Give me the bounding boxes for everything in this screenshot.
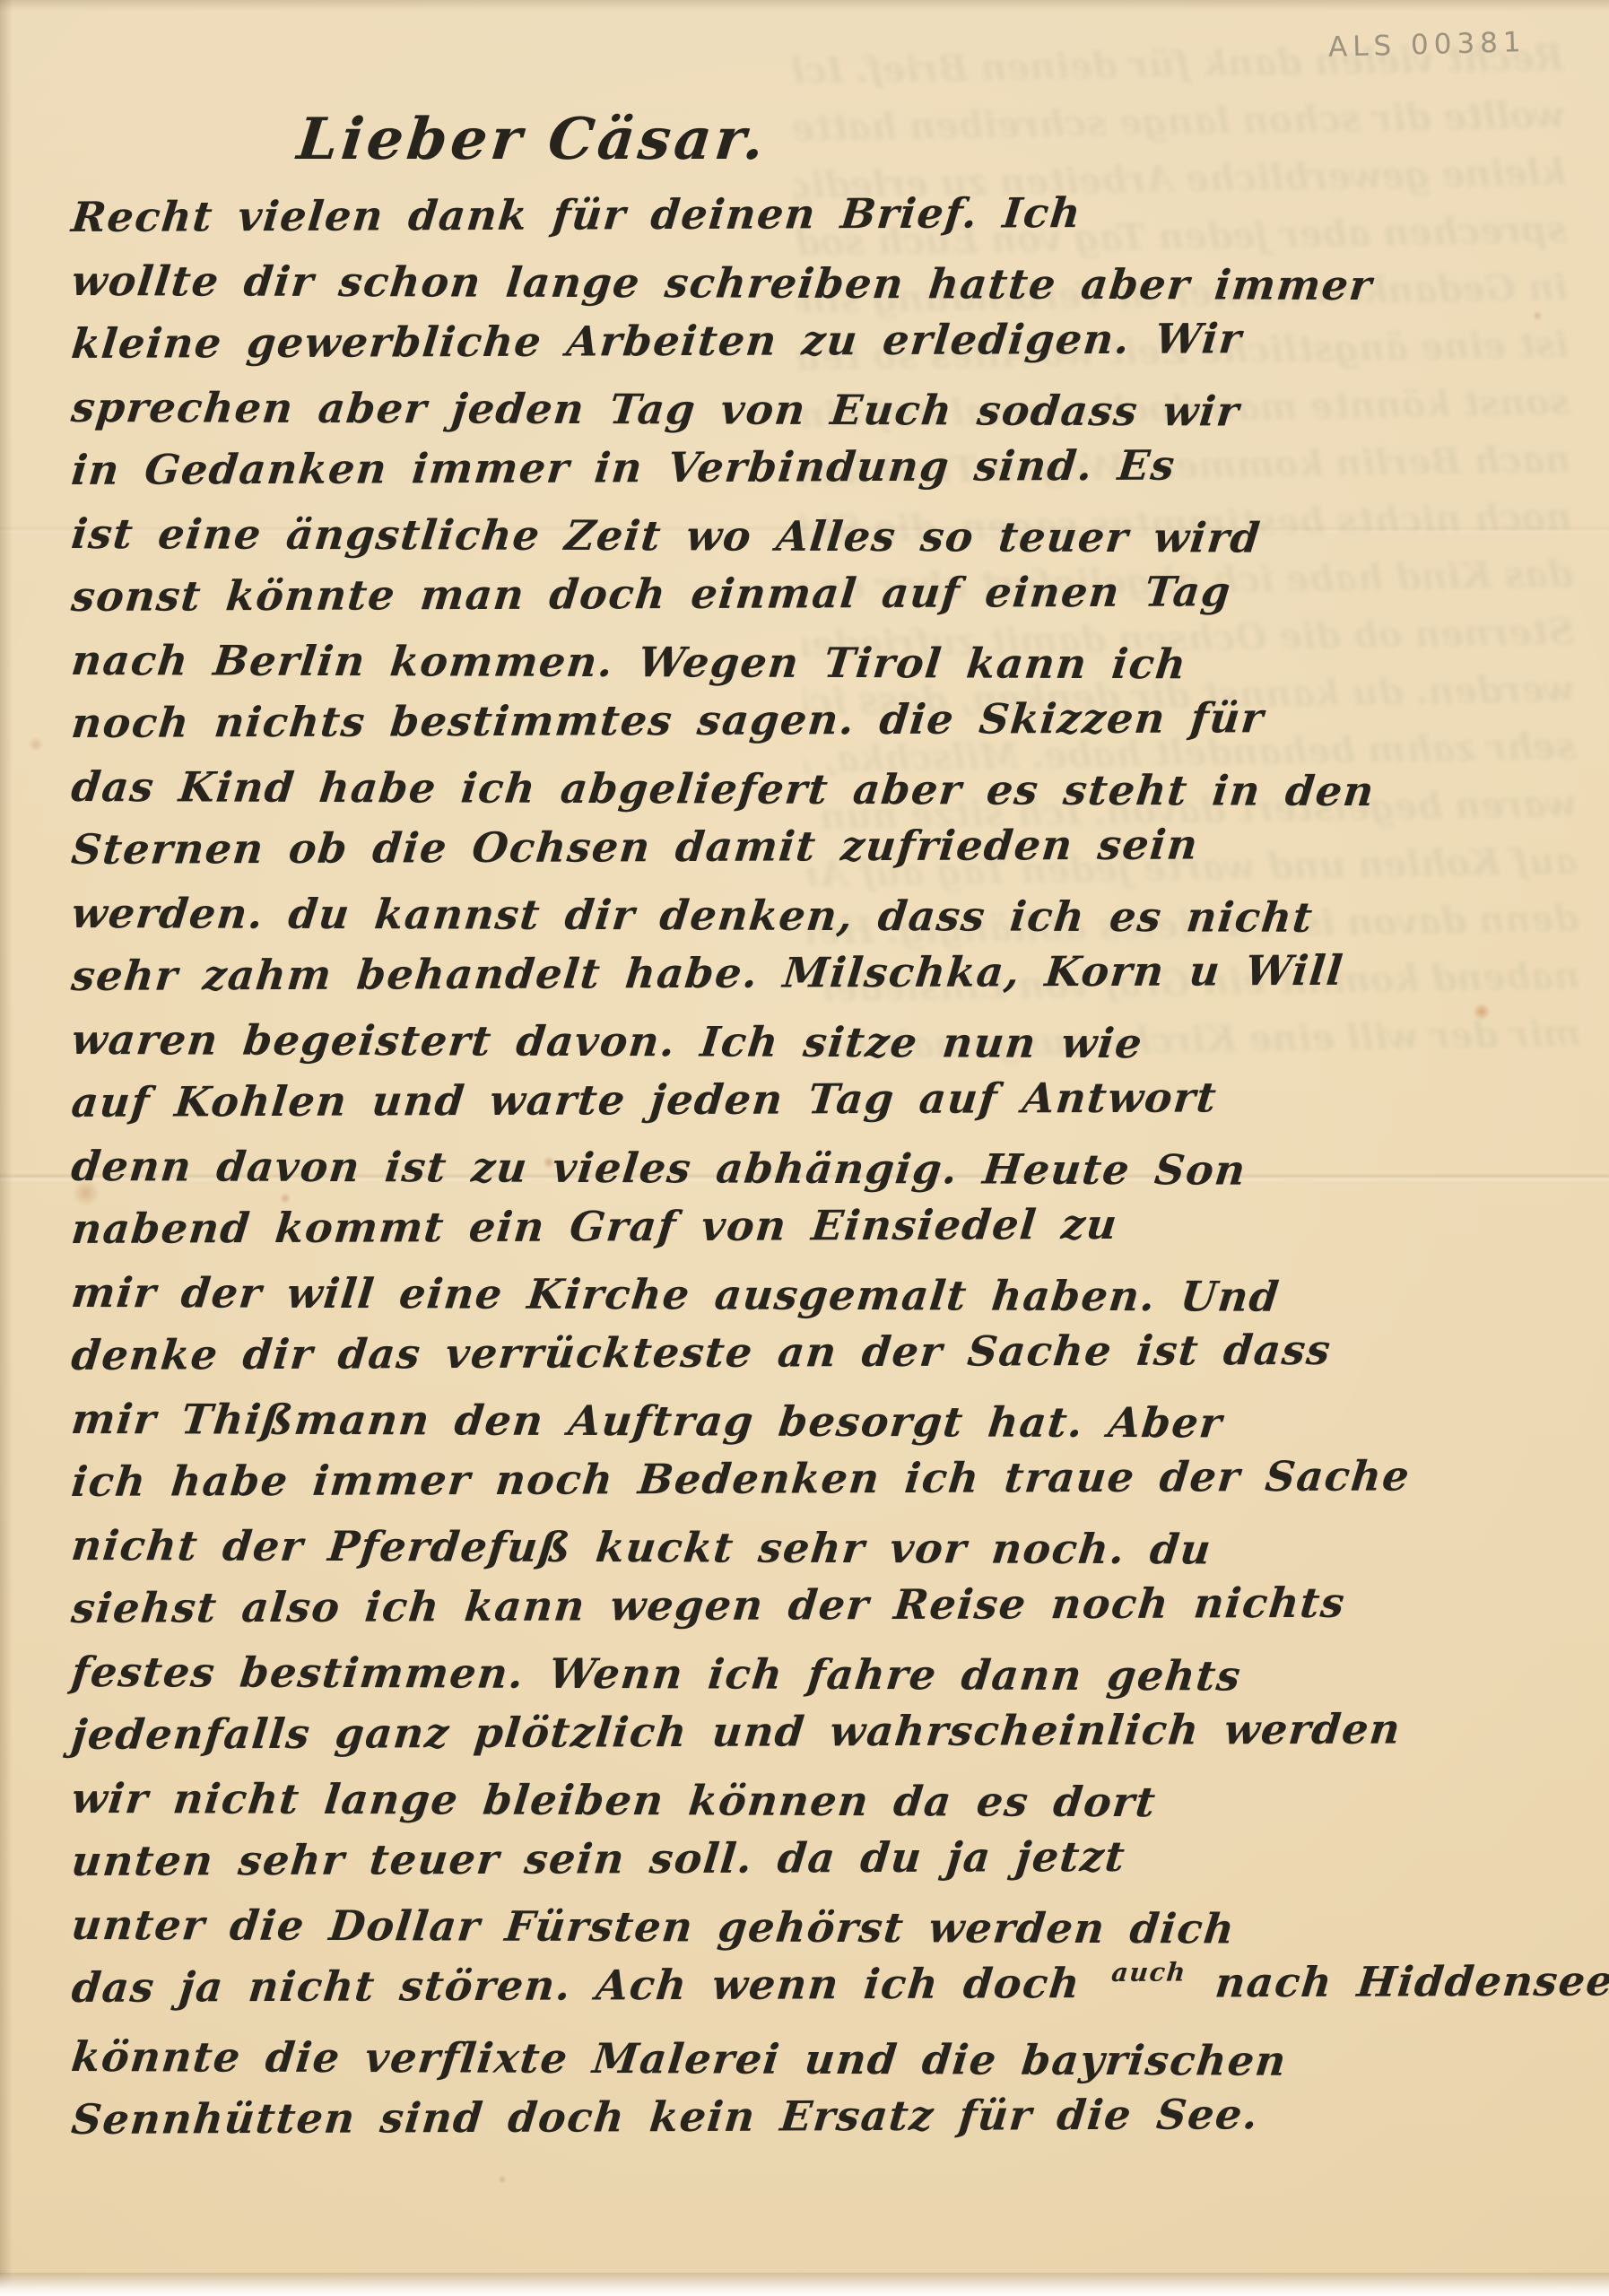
letter-line: ich habe immer noch Bedenken ich traue d… [68, 1444, 1582, 1514]
scan-edge [0, 2273, 1609, 2296]
letter-line: Recht vielen dank für deinen Brief. Ich [68, 179, 1582, 249]
letter-line: unten sehr teuer sein soll. da du ja jet… [68, 1823, 1582, 1893]
letter-line: jedenfalls ganz plötzlich und wahrschein… [68, 1697, 1582, 1767]
scan-edge [0, 0, 13, 2296]
letter-line: Sennhütten sind doch kein Ersatz für die… [68, 2082, 1582, 2152]
letter-line: sehr zahm behandelt habe. Milschka, Korn… [68, 938, 1582, 1008]
letter-line: noch nichts bestimmtes sagen. die Skizze… [68, 685, 1582, 755]
inserted-word: auch [1109, 1941, 1189, 2005]
letter-line: Sternen ob die Ochsen damit zufrieden se… [68, 812, 1582, 882]
letter-line: kleine gewerbliche Arbeiten zu erledigen… [68, 306, 1582, 376]
salutation: Lieber Cäsar. [294, 106, 1582, 173]
letter-line: nabend kommt ein Graf von Einsiedel zu [68, 1191, 1582, 1261]
letter-line: auf Kohlen und warte jeden Tag auf Antwo… [68, 1065, 1582, 1135]
scan-edge [0, 0, 1609, 11]
letter-line: siehst also ich kann wegen der Reise noc… [68, 1570, 1582, 1640]
letter-line: das ja nicht stören. Ach wenn ich doch a… [68, 1950, 1582, 2025]
letter-lines: Recht vielen dank für deinen Brief. Ichw… [72, 186, 1579, 2152]
letter-page: Recht vielen dank für deinen Brief. Ichw… [0, 0, 1609, 2296]
letter-body: Lieber Cäsar. Recht vielen dank für dein… [72, 106, 1579, 2152]
letter-line: denke dir das verrückteste an der Sache … [68, 1318, 1582, 1387]
catalog-number: ALS 00381 [1328, 26, 1526, 64]
letter-line: sonst könnte man doch einmal auf einen T… [68, 559, 1582, 629]
letter-line: in Gedanken immer in Verbindung sind. Es [68, 432, 1582, 502]
